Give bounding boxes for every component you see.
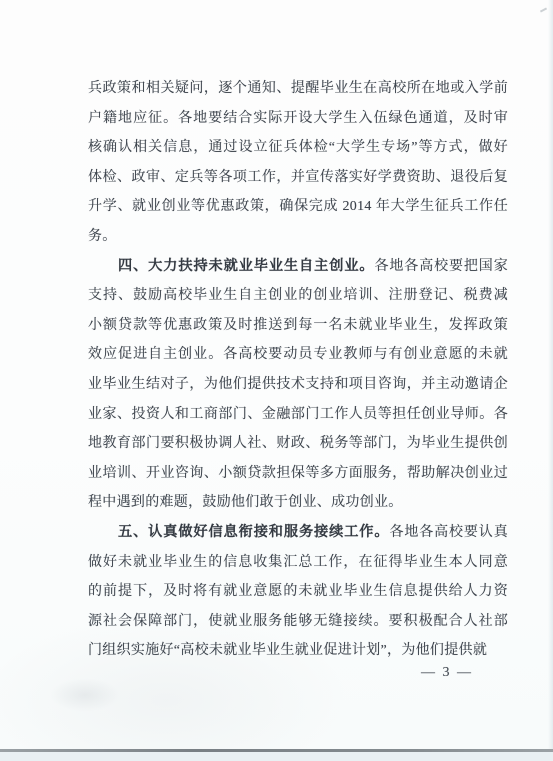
text-line: 地教育部门要积极协调人社、财政、税务等部门，为毕业生提供创 [88, 429, 508, 459]
text-line: 务。 [88, 222, 508, 252]
text-line: 效应促进自主创业。各高校要动员专业教师与有创业意愿的未就 [88, 340, 508, 370]
section-heading-rest: 各地各高校要把国家 [375, 259, 509, 274]
text-line: 源社会保障部门，使就业服务能够无缝接续。要积极配合人社部 [88, 607, 508, 637]
text-line: 业培训、开业咨询、小额贷款担保等多方面服务，帮助解决创业过 [88, 459, 508, 489]
text-line: 四、大力扶持未就业毕业生自主创业。各地各高校要把国家 [88, 252, 508, 282]
text-line: 门组织实施好“高校未就业毕业生就业促进计划”，为他们提供就 [88, 636, 508, 666]
scan-bottom-strip [0, 752, 553, 761]
text-line: 做好未就业毕业生的信息收集汇总工作，在征得毕业生本人同意 [88, 548, 508, 578]
section-heading: 五、认真做好信息衔接和服务接续工作。 [118, 524, 389, 540]
text-line: 核确认相关信息，通过设立征兵体检“大学生专场”等方式，做好 [88, 133, 508, 163]
document-page: 兵政策和相关疑问，逐个通知、提醒毕业生在高校所在地或入学前户籍地应征。各地要结合… [0, 0, 553, 761]
text-line: 支持、鼓励高校毕业生自主创业的创业培训、注册登记、税费减免、 [88, 281, 508, 311]
text-line: 程中遇到的难题，鼓励他们敢于创业、成功创业。 [88, 488, 508, 518]
text-line: 小额贷款等优惠政策及时推送到每一名未就业毕业生，发挥政策 [88, 311, 508, 341]
scan-right-edge-shading [548, 0, 553, 750]
text-line: 的前提下，及时将有就业意愿的未就业毕业生信息提供给人力资 [88, 577, 508, 607]
text-line: 业家、投资人和工商部门、金融部门工作人员等担任创业导师。各 [88, 400, 508, 430]
scan-corner-mark [540, 7, 547, 12]
page-number: — 3 — [421, 663, 473, 683]
text-line: 五、认真做好信息衔接和服务接续工作。各地各高校要认真 [88, 518, 508, 548]
text-line: 兵政策和相关疑问，逐个通知、提醒毕业生在高校所在地或入学前 [88, 74, 508, 104]
document-body: 兵政策和相关疑问，逐个通知、提醒毕业生在高校所在地或入学前户籍地应征。各地要结合… [88, 74, 508, 666]
section-heading: 四、大力扶持未就业毕业生自主创业。 [118, 258, 375, 274]
section-heading-rest: 各地各高校要认真 [389, 525, 508, 540]
text-line: 升学、就业创业等优惠政策，确保完成 2014 年大学生征兵工作任 [88, 192, 508, 222]
scan-smudge [50, 678, 120, 712]
text-line: 户籍地应征。各地要结合实际开设大学生入伍绿色通道，及时审 [88, 104, 508, 134]
text-line: 业毕业生结对子，为他们提供技术支持和项目咨询，并主动邀请企 [88, 370, 508, 400]
text-line: 体检、政审、定兵等各项工作，并宣传落实好学费资助、退役后复学 [88, 163, 508, 193]
